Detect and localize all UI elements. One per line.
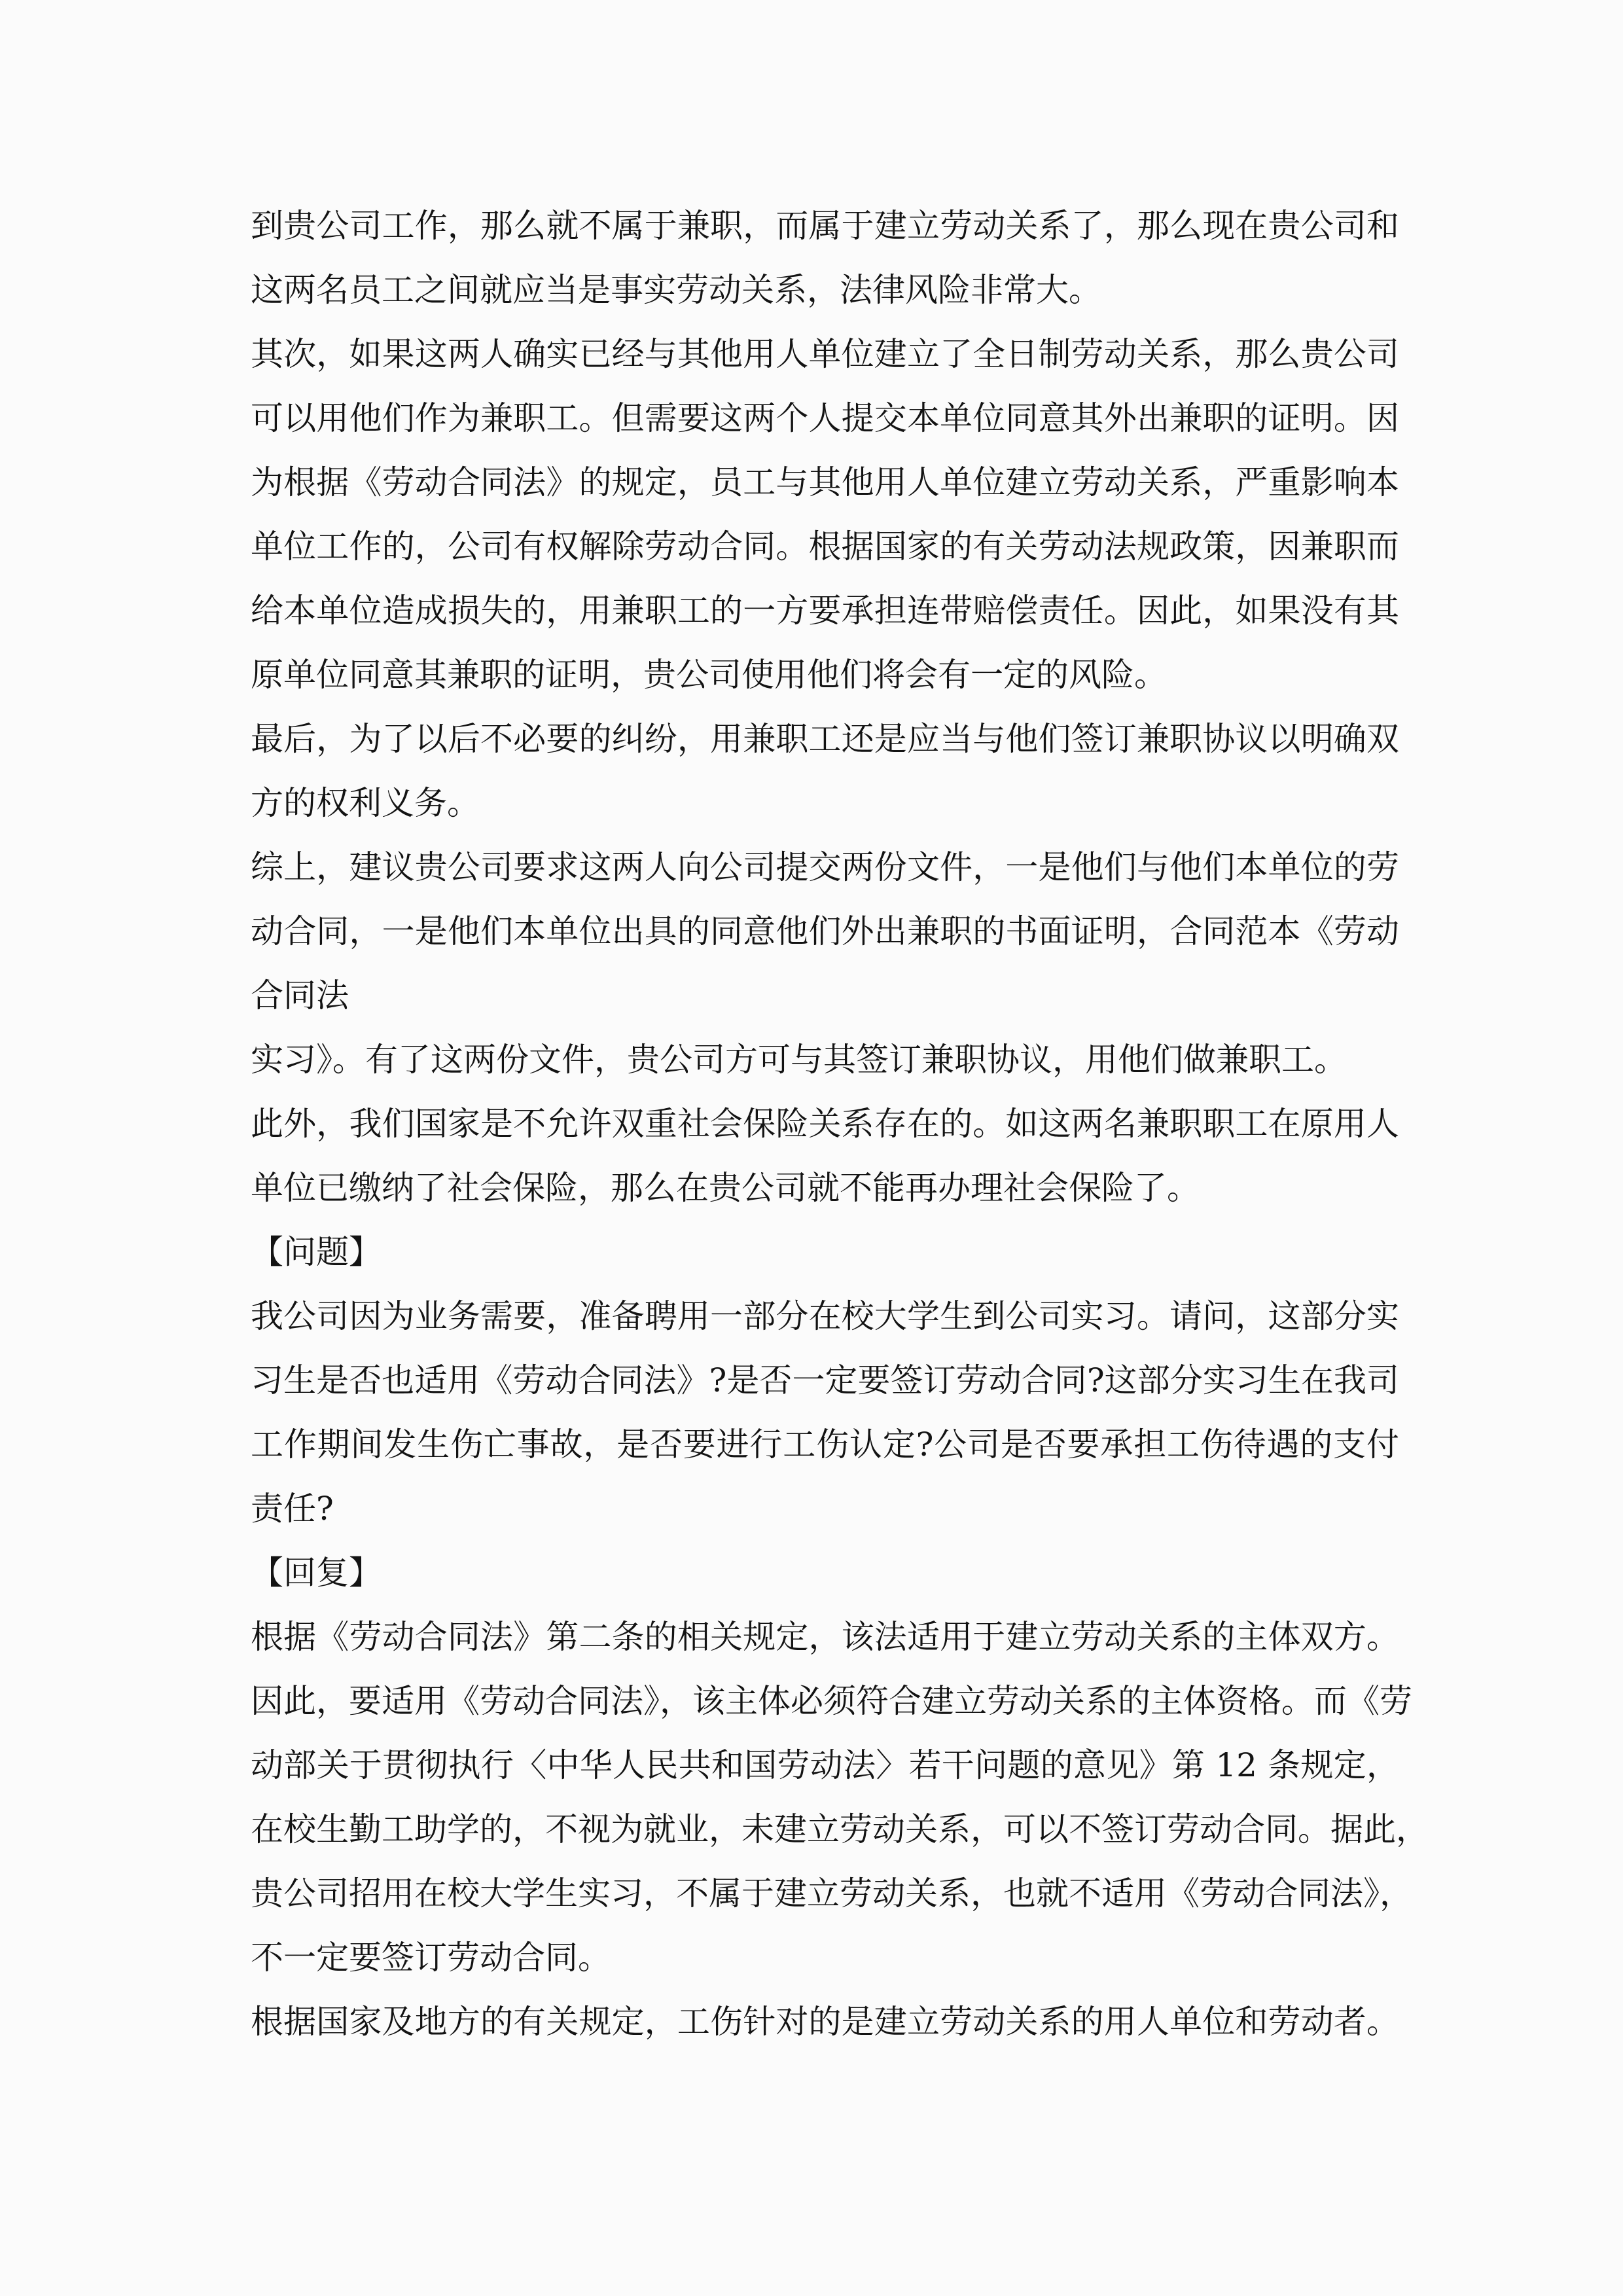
text-line: 我公司因为业务需要，准备聘用一部分在校大学生到公司实习。请问，这部分实	[251, 1284, 1399, 1348]
text-line: 为根据《劳动合同法》的规定，员工与其他用人单位建立劳动关系，严重影响本	[251, 450, 1399, 514]
text-line: 习生是否也适用《劳动合同法》?是否一定要签订劳动合同?这部分实习生在我司	[251, 1348, 1399, 1412]
text-line: 因此，要适用《劳动合同法》，该主体必须符合建立劳动关系的主体资格。而《劳	[251, 1669, 1399, 1733]
text-line: 其次，如果这两人确实已经与其他用人单位建立了全日制劳动关系，那么贵公司	[251, 322, 1399, 386]
text-line: 工作期间发生伤亡事故，是否要进行工伤认定?公司是否要承担工伤待遇的支付	[251, 1412, 1399, 1477]
text-line: 到贵公司工作，那么就不属于兼职，而属于建立劳动关系了，那么现在贵公司和	[251, 194, 1399, 258]
text-line: 贵公司招用在校大学生实习，不属于建立劳动关系，也就不适用《劳动合同法》，	[251, 1861, 1399, 1926]
text-line: 在校生勤工助学的，不视为就业，未建立劳动关系，可以不签订劳动合同。据此，	[251, 1797, 1399, 1861]
document-page: 到贵公司工作，那么就不属于兼职，而属于建立劳动关系了，那么现在贵公司和 这两名员…	[0, 0, 1623, 2296]
text-line: 最后，为了以后不必要的纠纷，用兼职工还是应当与他们签订兼职协议以明确双	[251, 707, 1399, 771]
text-line: 单位工作的，公司有权解除劳动合同。根据国家的有关劳动法规政策，因兼职而	[251, 514, 1399, 579]
text-line: 根据国家及地方的有关规定，工伤针对的是建立劳动关系的用人单位和劳动者。	[251, 1990, 1399, 2054]
text-line: 实习》。有了这两份文件，贵公司方可与其签订兼职协议，用他们做兼职工。	[251, 1028, 1399, 1092]
text-line: 综上，建议贵公司要求这两人向公司提交两份文件，一是他们与他们本单位的劳	[251, 835, 1399, 899]
question-section-label: 【问题】	[251, 1220, 1399, 1284]
text-line: 根据《劳动合同法》第二条的相关规定，该法适用于建立劳动关系的主体双方。	[251, 1605, 1399, 1669]
text-line: 给本单位造成损失的，用兼职工的一方要承担连带赔偿责任。因此，如果没有其	[251, 579, 1399, 643]
text-line: 方的权利义务。	[251, 771, 1399, 835]
text-line: 单位已缴纳了社会保险，那么在贵公司就不能再办理社会保险了。	[251, 1156, 1399, 1220]
text-line: 可以用他们作为兼职工。但需要这两个人提交本单位同意其外出兼职的证明。因	[251, 386, 1399, 450]
reply-section-label: 【回复】	[251, 1541, 1399, 1605]
text-line: 责任?	[251, 1477, 1399, 1541]
text-line: 这两名员工之间就应当是事实劳动关系，法律风险非常大。	[251, 258, 1399, 322]
text-line: 合同法	[251, 963, 1399, 1028]
text-line: 动部关于贯彻执行〈中华人民共和国劳动法〉若干问题的意见》第 12 条规定，	[251, 1733, 1399, 1797]
text-line: 不一定要签订劳动合同。	[251, 1926, 1399, 1990]
text-line: 此外，我们国家是不允许双重社会保险关系存在的。如这两名兼职职工在原用人	[251, 1092, 1399, 1156]
text-line: 动合同，一是他们本单位出具的同意他们外出兼职的书面证明，合同范本《劳动	[251, 899, 1399, 963]
document-text-block: 到贵公司工作，那么就不属于兼职，而属于建立劳动关系了，那么现在贵公司和 这两名员…	[251, 194, 1399, 2054]
text-line: 原单位同意其兼职的证明，贵公司使用他们将会有一定的风险。	[251, 643, 1399, 707]
